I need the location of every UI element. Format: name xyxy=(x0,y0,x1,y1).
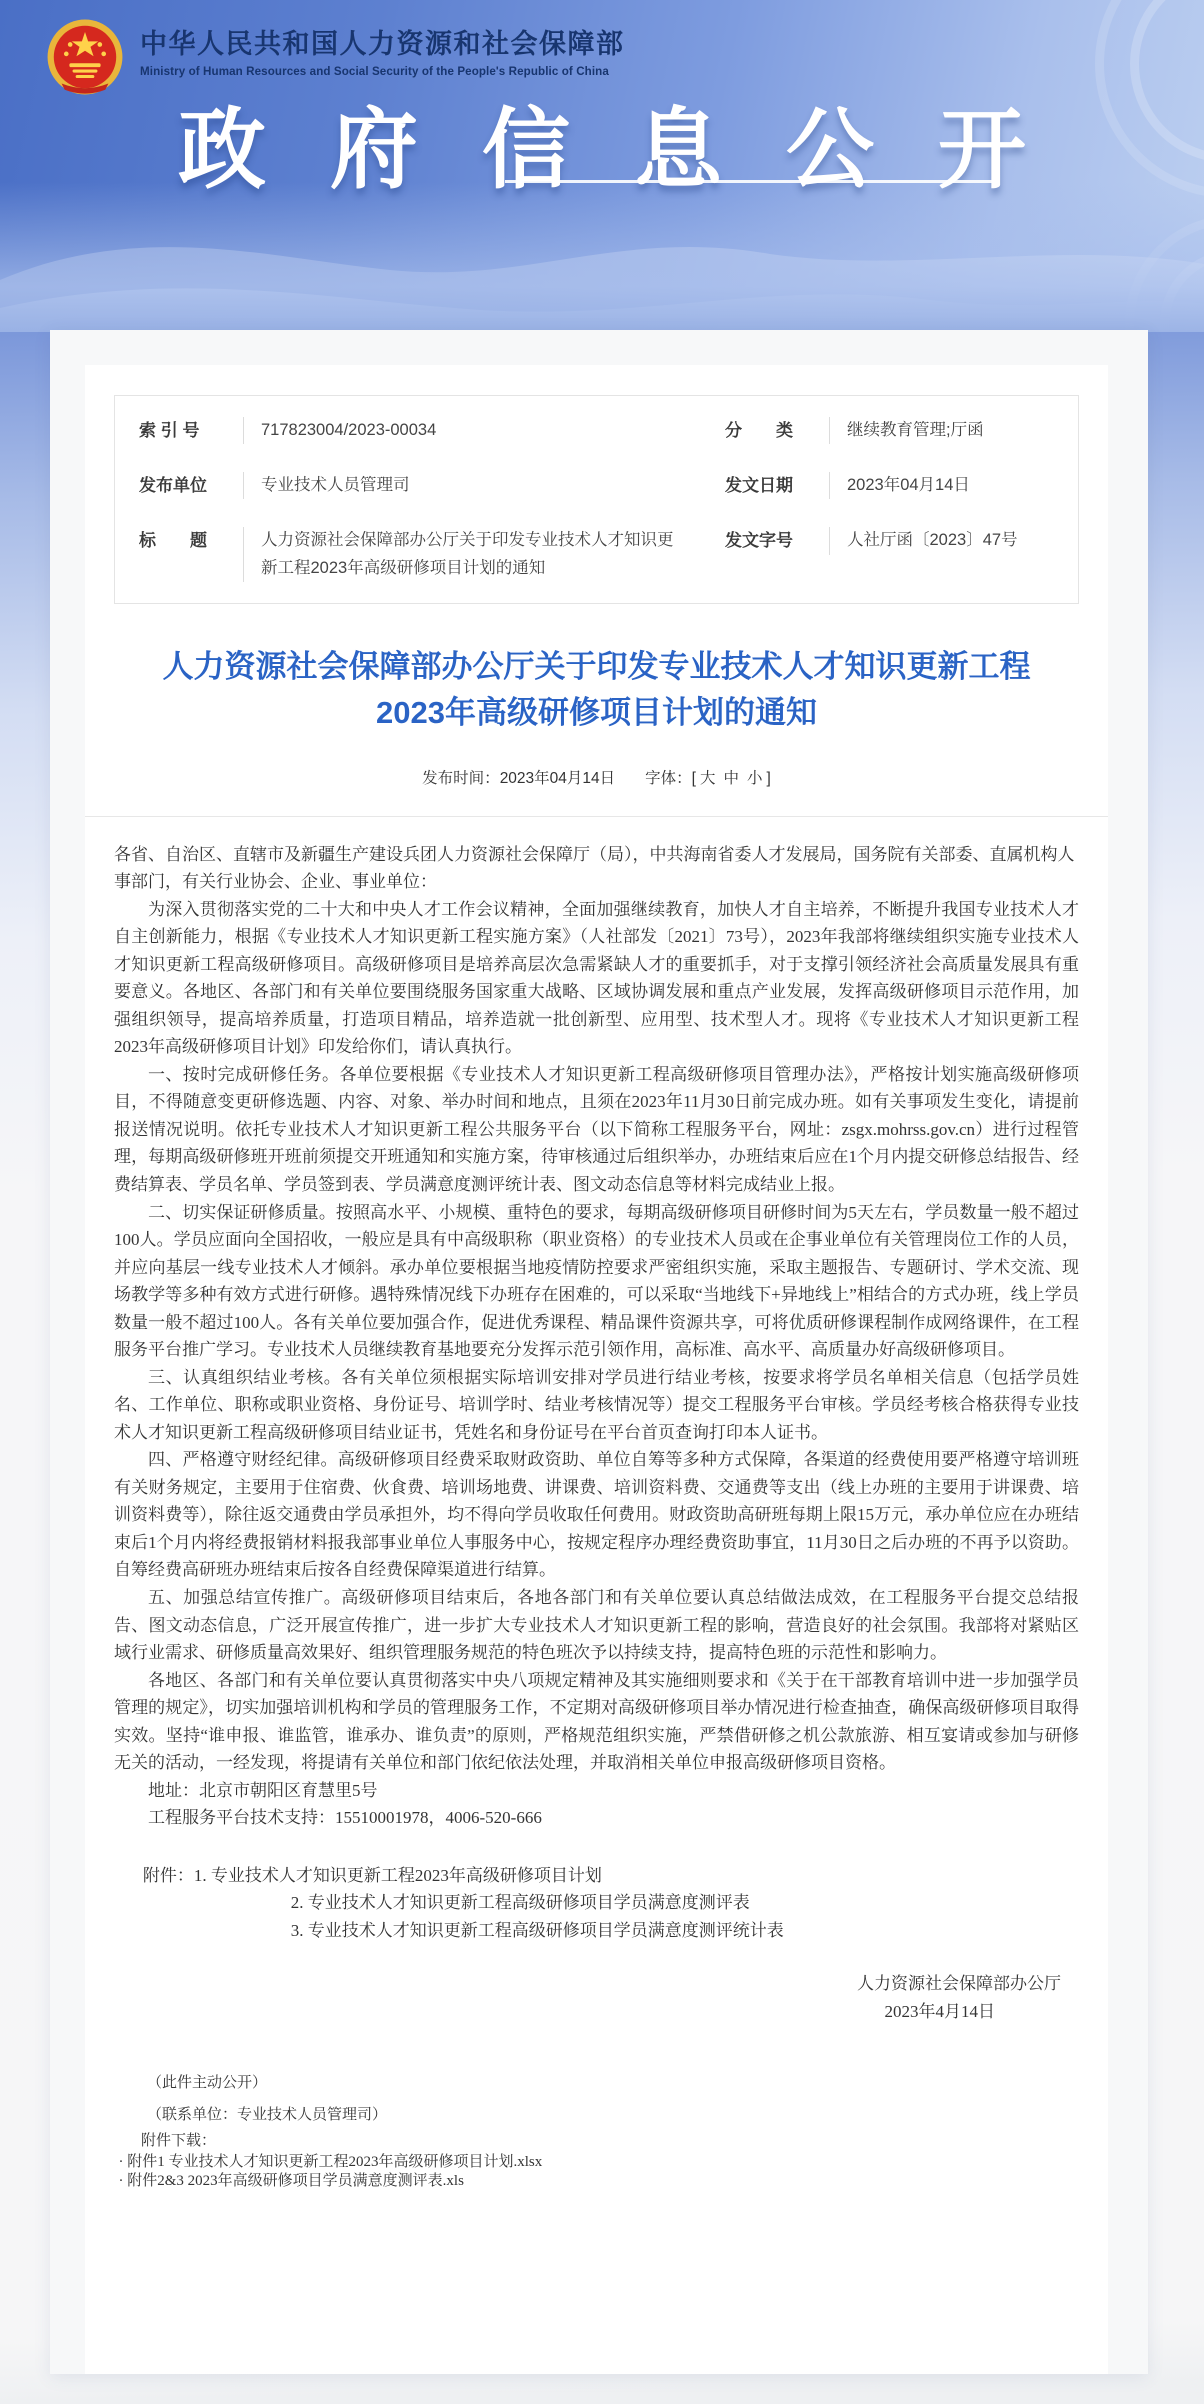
paragraph: 各地区、各部门和有关单位要认真贯彻落实中央八项规定精神及其实施细则要求和《关于在… xyxy=(114,1667,1079,1777)
meta-row-title: 标 题 人力资源社会保障部办公厅关于印发专业技术人才知识更新工程2023年高级研… xyxy=(115,513,1078,595)
section-divider xyxy=(85,816,1108,817)
note-public-disclosure: （此件主动公开） xyxy=(114,2071,1079,2095)
document-panel: 索 引 号 717823004/2023-00034 分 类 继续教育管理;厅函… xyxy=(85,365,1108,2374)
meta-value-issue-date: 2023年04月14日 xyxy=(829,472,1078,499)
meta-label-category: 分 类 xyxy=(701,417,829,444)
font-size-bracket: ] xyxy=(767,770,771,787)
attachment-list-item: 3. 专业技术人才知识更新工程高级研修项目学员满意度测评统计表 xyxy=(114,1917,1079,1945)
meta-label-issue-date: 发文日期 xyxy=(701,472,829,499)
address-line: 地址：北京市朝阳区育慧里5号 xyxy=(114,1777,1079,1805)
paragraph: 五、加强总结宣传推广。高级研修项目结束后，各地各部门和有关单位要认真总结做法成效… xyxy=(114,1584,1079,1667)
meta-label-doc-number: 发文字号 xyxy=(701,527,829,554)
signature-date: 2023年4月14日 xyxy=(114,1998,1079,2026)
meta-value-issuer: 专业技术人员管理司 xyxy=(243,472,701,499)
title-underline xyxy=(505,180,992,183)
font-size-label: 字体：[ xyxy=(645,770,696,787)
attachment-list-item: 附件：1. 专业技术人才知识更新工程2023年高级研修项目计划 xyxy=(114,1862,1079,1890)
page-header: 中华人民共和国人力资源和社会保障部 Ministry of Human Reso… xyxy=(0,0,1204,332)
font-size-large-button[interactable]: 大 xyxy=(700,770,716,787)
gov-info-page: 中华人民共和国人力资源和社会保障部 Ministry of Human Reso… xyxy=(0,0,1204,2404)
paragraph: 各省、自治区、直辖市及新疆生产建设兵团人力资源社会保障厅（局），中共海南省委人才… xyxy=(114,841,1079,896)
publish-date: 2023年04月14日 xyxy=(500,770,615,787)
support-line: 工程服务平台技术支持：15510001978，4006-520-666 xyxy=(114,1804,1079,1832)
meta-row-index: 索 引 号 717823004/2023-00034 分 类 继续教育管理;厅函 xyxy=(115,403,1078,458)
publish-info: 发布时间：2023年04月14日字体：[大中小] xyxy=(114,766,1079,788)
attachment-list-item: 2. 专业技术人才知识更新工程高级研修项目学员满意度测评表 xyxy=(114,1889,1079,1917)
attachment-download-label: 附件下载： xyxy=(114,2129,1079,2153)
article-body: 各省、自治区、直辖市及新疆生产建设兵团人力资源社会保障厅（局），中共海南省委人才… xyxy=(114,841,1079,2192)
meta-value-doc-number: 人社厅函〔2023〕47号 xyxy=(829,527,1078,554)
font-size-medium-button[interactable]: 中 xyxy=(723,770,739,787)
font-size-small-button[interactable]: 小 xyxy=(747,770,763,787)
meta-row-issuer: 发布单位 专业技术人员管理司 发文日期 2023年04月14日 xyxy=(115,458,1078,513)
signature-org: 人力资源社会保障部办公厅 xyxy=(114,1970,1079,1998)
paragraph: 四、严格遵守财经纪律。高级研修项目经费采取财政资助、单位自筹等多种方式保障，各渠… xyxy=(114,1446,1079,1584)
meta-value-index: 717823004/2023-00034 xyxy=(243,417,701,444)
meta-label-title: 标 题 xyxy=(115,527,243,554)
paragraph: 为深入贯彻落实党的二十大和中央人才工作会议精神，全面加强继续教育，加快人才自主培… xyxy=(114,896,1079,1061)
attachment-download-link[interactable]: · 附件2&3 2023年高级研修项目学员满意度测评表.xls xyxy=(114,2172,1079,2191)
document-meta-table: 索 引 号 717823004/2023-00034 分 类 继续教育管理;厅函… xyxy=(114,395,1079,604)
paragraph: 二、切实保证研修质量。按照高水平、小规模、重特色的要求，每期高级研修项目研修时间… xyxy=(114,1199,1079,1364)
paragraph: 一、按时完成研修任务。各单位要根据《专业技术人才知识更新工程高级研修项目管理办法… xyxy=(114,1061,1079,1199)
meta-value-title: 人力资源社会保障部办公厅关于印发专业技术人才知识更新工程2023年高级研修项目计… xyxy=(243,527,701,581)
note-contact-unit: （联系单位：专业技术人员管理司） xyxy=(114,2103,1079,2127)
ministry-name-en: Ministry of Human Resources and Social S… xyxy=(140,65,625,78)
ministry-name: 中华人民共和国人力资源和社会保障部 xyxy=(140,28,625,60)
publish-time-label: 发布时间： xyxy=(422,770,500,787)
page-title: 政府信息公开 xyxy=(0,80,1204,206)
meta-label-issuer: 发布单位 xyxy=(115,472,243,499)
meta-value-category: 继续教育管理;厅函 xyxy=(829,417,1078,444)
attachment-download-link[interactable]: · 附件1 专业技术人才知识更新工程2023年高级研修项目计划.xlsx xyxy=(114,2153,1079,2172)
content-card: 索 引 号 717823004/2023-00034 分 类 继续教育管理;厅函… xyxy=(50,330,1148,2374)
article-title: 人力资源社会保障部办公厅关于印发专业技术人才知识更新工程2023年高级研修项目计… xyxy=(157,644,1037,736)
paragraph: 三、认真组织结业考核。各有关单位须根据实际培训安排对学员进行结业考核，按要求将学… xyxy=(114,1364,1079,1447)
meta-label-index: 索 引 号 xyxy=(115,417,243,444)
